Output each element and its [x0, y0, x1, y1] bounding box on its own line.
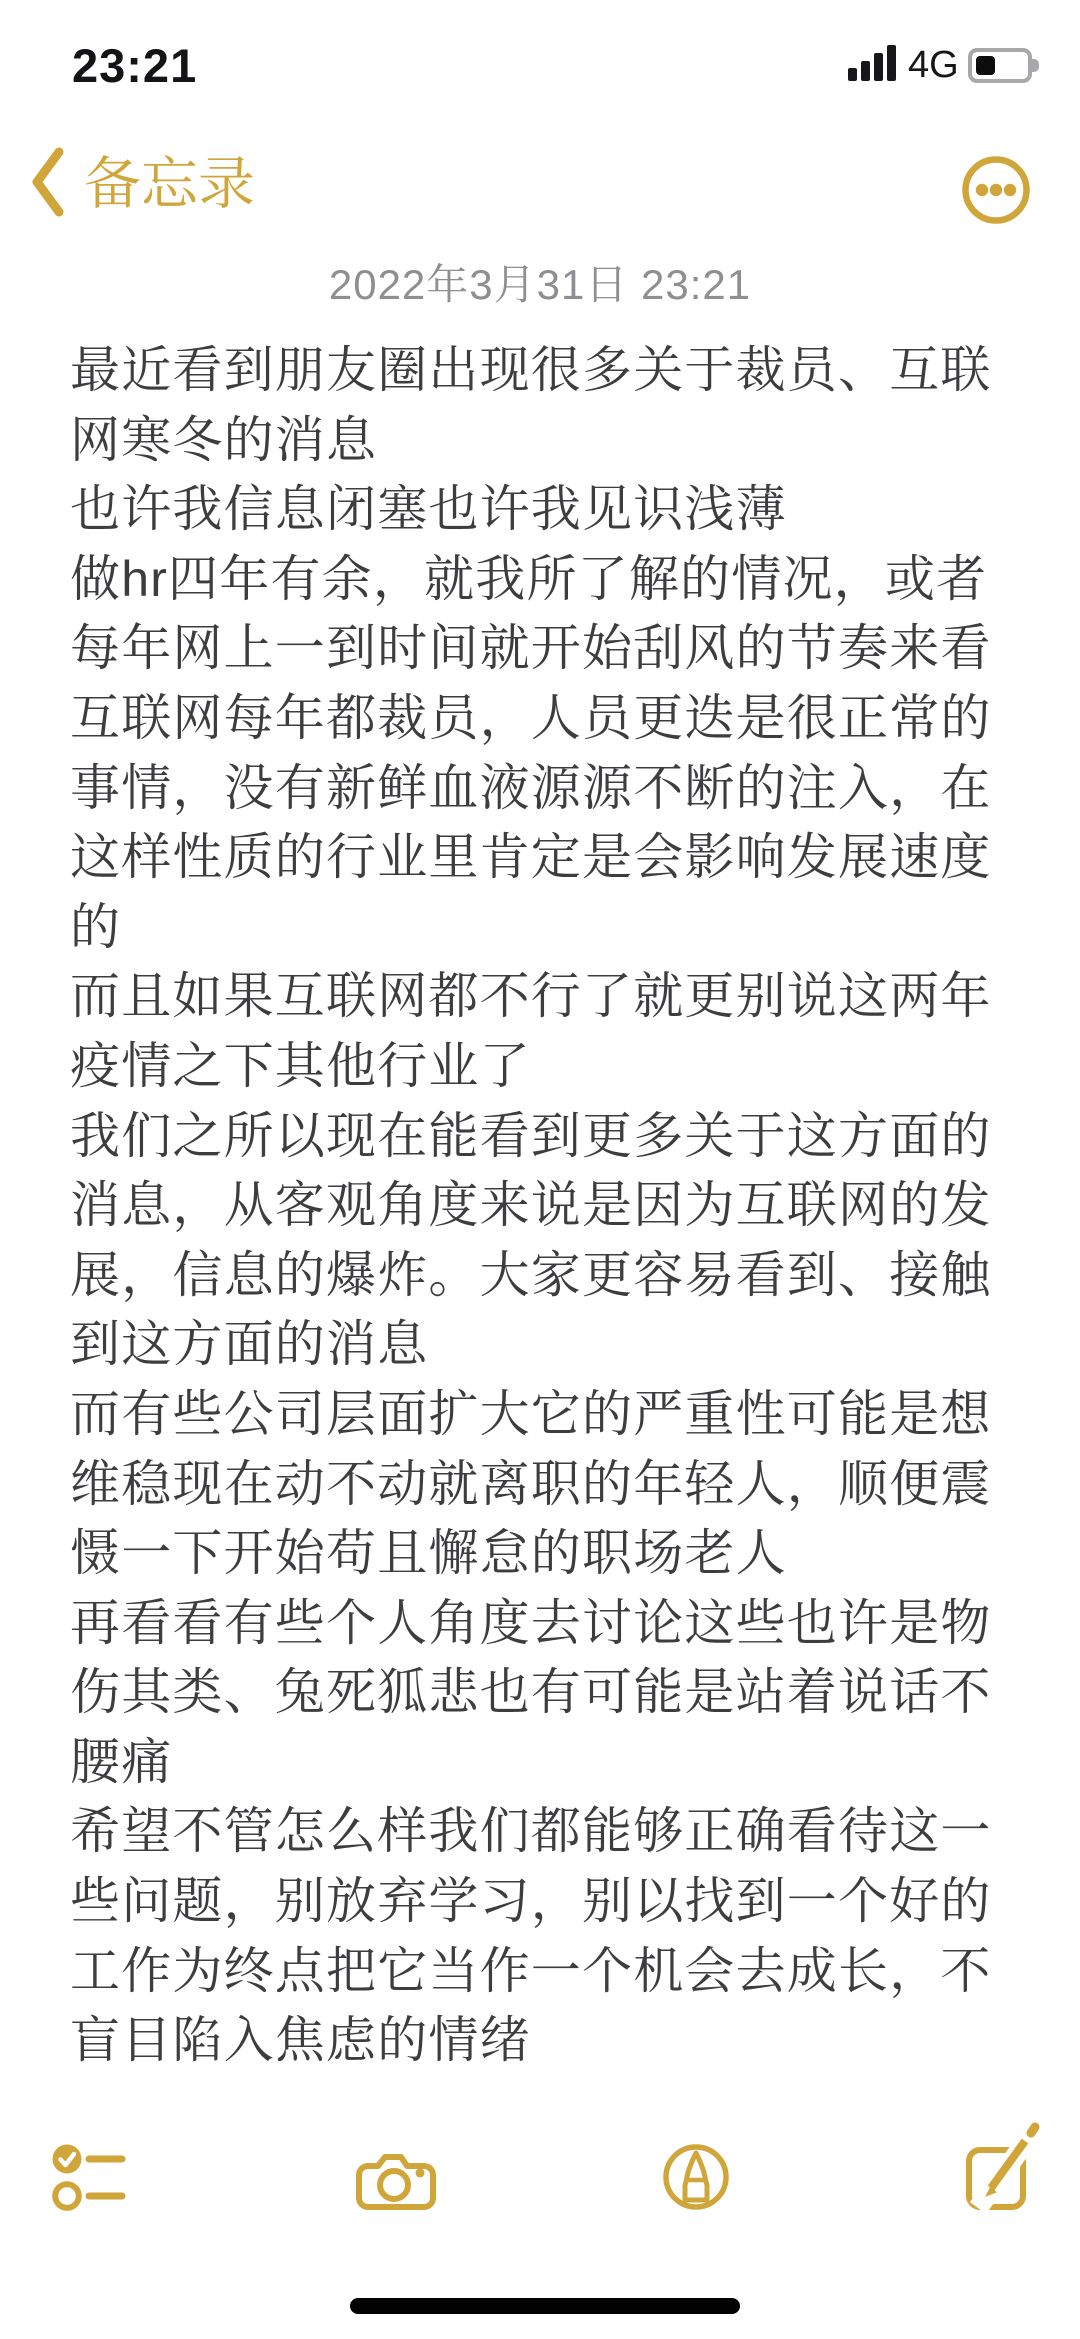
note-line: 网寒冬的消息 [70, 406, 1022, 476]
compose-icon [966, 2198, 1044, 2213]
note-line: 消息，从客观角度来说是因为互联网的发 [70, 1171, 1022, 1241]
note-editor[interactable]: 最近看到朋友圈出现很多关于裁员、互联 网寒冬的消息 也许我信息闭塞也许我见识浅薄… [70, 336, 1022, 2076]
note-line: 我们之所以现在能看到更多关于这方面的 [70, 1102, 1022, 1172]
camera-button[interactable] [356, 2152, 436, 2213]
note-line: 疫情之下其他行业了 [70, 1032, 1022, 1102]
note-line: 维稳现在动不动就离职的年轻人，顺便震 [70, 1450, 1022, 1520]
back-button-label: 备忘录 [84, 148, 255, 220]
markup-button[interactable] [660, 2141, 732, 2216]
chevron-left-icon [28, 146, 68, 221]
note-line: 希望不管怎么样我们都能够正确看待这一 [70, 1797, 1022, 1867]
note-line: 做hr四年有余，就我所了解的情况，或者 [70, 545, 1022, 615]
note-line: 工作为终点把它当作一个机会去成长，不 [70, 1937, 1022, 2007]
checklist-button[interactable] [52, 2144, 126, 2215]
note-line: 事情，没有新鲜血液源源不断的注入，在 [70, 754, 1022, 824]
note-line: 的 [70, 893, 1022, 963]
note-line: 展，信息的爆炸。大家更容易看到、接触 [70, 1241, 1022, 1311]
note-line: 盲目陷入焦虑的情绪 [70, 2006, 1022, 2076]
back-button[interactable]: 备忘录 [28, 146, 255, 221]
more-options-button[interactable] [961, 155, 1031, 225]
note-line: 互联网每年都裁员，人员更迭是很正常的 [70, 684, 1022, 754]
camera-icon [356, 2198, 436, 2213]
notes-app-screen: 23:21 4G 备忘录 2022年3月31 [0, 0, 1080, 2339]
network-type-label: 4G [908, 44, 959, 87]
battery-fill [976, 56, 995, 75]
note-line: 再看看有些个人角度去讨论这些也许是物 [70, 1589, 1022, 1659]
ellipsis-circle-icon [961, 213, 1031, 228]
note-line: 这样性质的行业里肯定是会影响发展速度 [70, 823, 1022, 893]
signal-strength-icon [848, 44, 898, 81]
compose-button[interactable] [966, 2114, 1044, 2213]
note-line: 慑一下开始苟且懈怠的职场老人 [70, 1519, 1022, 1589]
note-line: 些问题，别放弃学习，别以找到一个好的 [70, 1867, 1022, 1937]
note-line: 最近看到朋友圈出现很多关于裁员、互联 [70, 336, 1022, 406]
home-indicator[interactable] [350, 2298, 740, 2314]
note-line: 到这方面的消息 [70, 1310, 1022, 1380]
note-date: 2022年3月31日 23:21 [0, 252, 1080, 312]
note-line: 腰痛 [70, 1728, 1022, 1798]
note-line: 而有些公司层面扩大它的严重性可能是想 [70, 1380, 1022, 1450]
checklist-icon [52, 2200, 126, 2215]
note-line: 伤其类、兔死狐悲也有可能是站着说话不 [70, 1658, 1022, 1728]
note-line: 每年网上一到时间就开始刮风的节奏来看 [70, 614, 1022, 684]
markup-pen-icon [660, 2201, 732, 2216]
note-line: 而且如果互联网都不行了就更别说这两年 [70, 962, 1022, 1032]
note-line: 也许我信息闭塞也许我见识浅薄 [70, 475, 1022, 545]
battery-icon [968, 48, 1032, 83]
status-time: 23:21 [72, 38, 197, 93]
